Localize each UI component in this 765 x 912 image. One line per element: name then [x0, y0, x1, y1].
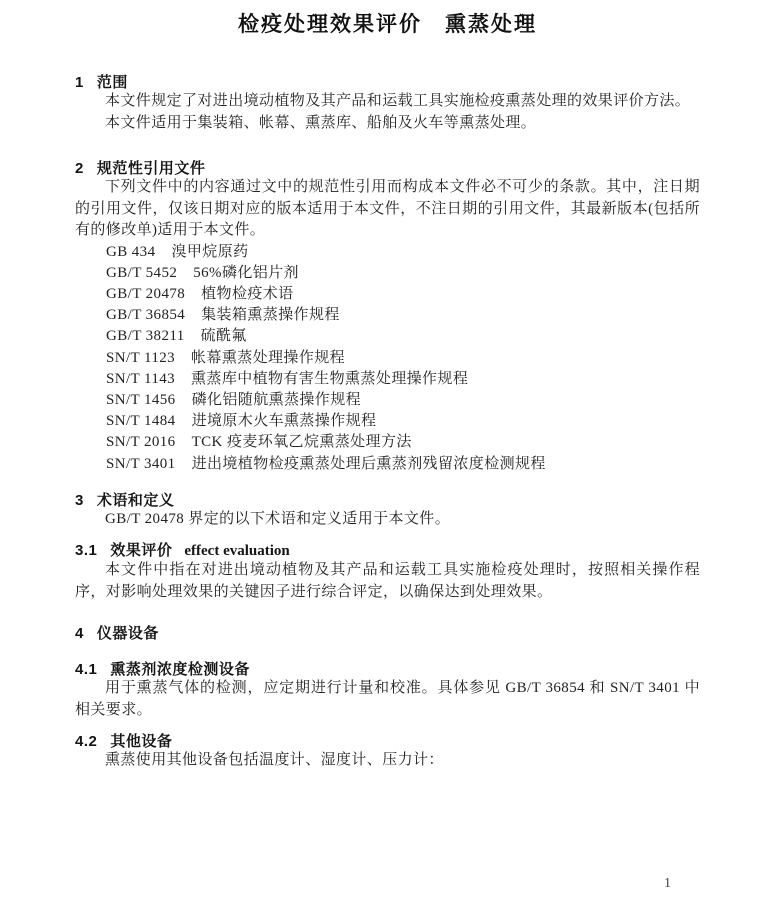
- reference-code: GB/T 36854: [106, 305, 185, 326]
- section-2-title: 规范性引用文件: [97, 160, 206, 177]
- reference-item: SN/T 1123帐幕熏蒸处理操作规程: [75, 348, 700, 369]
- document-title: 检疫处理效果评价 熏蒸处理: [75, 12, 700, 38]
- reference-code: SN/T 1484: [106, 411, 176, 432]
- section-4-number: 4: [75, 625, 84, 642]
- reference-name: 溴甲烷原药: [172, 244, 249, 260]
- section-4-1-paragraph: 用于熏蒸气体的检测，应定期进行计量和校准。具体参见 GB/T 36854 和 S…: [75, 678, 700, 721]
- section-4-2-title: 其他设备: [110, 733, 172, 750]
- reference-item: GB/T 545256%磷化铝片剂: [75, 263, 700, 284]
- reference-code: SN/T 1143: [106, 369, 175, 390]
- reference-code: SN/T 3401: [106, 454, 176, 475]
- reference-item: GB 434溴甲烷原药: [75, 242, 700, 263]
- section-3-heading: 3术语和定义: [75, 492, 700, 509]
- reference-code: GB/T 38211: [106, 326, 185, 347]
- reference-item: SN/T 1484进境原木火车熏蒸操作规程: [75, 411, 700, 432]
- section-1-title: 范围: [97, 74, 128, 91]
- section-1-paragraph-1: 本文件规定了对进出境动植物及其产品和运载工具实施检疫熏蒸处理的效果评价方法。: [75, 91, 700, 113]
- page-number: 1: [664, 876, 671, 892]
- reference-item: SN/T 1143熏蒸库中植物有害生物熏蒸处理操作规程: [75, 369, 700, 390]
- reference-code: SN/T 1123: [106, 348, 175, 369]
- term-3-1-zh: 效果评价: [110, 542, 172, 559]
- section-2-heading: 2规范性引用文件: [75, 160, 700, 177]
- term-3-1-number: 3.1: [75, 542, 97, 559]
- reference-code: GB/T 5452: [106, 263, 177, 284]
- section-4-heading: 4仪器设备: [75, 625, 700, 642]
- reference-code: GB 434: [106, 242, 156, 263]
- section-4-2-number: 4.2: [75, 733, 97, 750]
- reference-name: 帐幕熏蒸处理操作规程: [191, 350, 345, 366]
- section-3-title: 术语和定义: [97, 492, 175, 509]
- reference-name: 56%磷化铝片剂: [193, 265, 299, 281]
- section-2-intro: 下列文件中的内容通过文中的规范性引用而构成本文件必不可少的条款。其中，注日期的引…: [75, 177, 700, 242]
- reference-item: GB/T 20478植物检疫术语: [75, 284, 700, 305]
- section-3-number: 3: [75, 492, 84, 509]
- section-2-number: 2: [75, 160, 84, 177]
- reference-name: 植物检疫术语: [201, 286, 293, 302]
- normative-references-list: GB 434溴甲烷原药 GB/T 545256%磷化铝片剂 GB/T 20478…: [75, 242, 700, 475]
- reference-item: GB/T 36854集装箱熏蒸操作规程: [75, 305, 700, 326]
- term-3-1-definition: 本文件中指在对进出境动植物及其产品和运载工具实施检疫处理时，按照相关操作程序，对…: [75, 560, 700, 603]
- reference-name: 硫酰氟: [201, 328, 247, 344]
- section-4-2-paragraph: 熏蒸使用其他设备包括温度计、湿度计、压力计：: [75, 750, 700, 772]
- section-4-1-number: 4.1: [75, 661, 97, 678]
- section-3-intro: GB/T 20478 界定的以下术语和定义适用于本文件。: [75, 509, 700, 531]
- reference-item: GB/T 38211硫酰氟: [75, 326, 700, 347]
- reference-item: SN/T 2016TCK 疫麦环氧乙烷熏蒸处理方法: [75, 432, 700, 453]
- section-4-1-heading: 4.1熏蒸剂浓度检测设备: [75, 661, 700, 678]
- section-1-number: 1: [75, 74, 84, 91]
- reference-item: SN/T 1456磷化铝随航熏蒸操作规程: [75, 390, 700, 411]
- section-4-title: 仪器设备: [97, 625, 159, 642]
- section-1-paragraph-2: 本文件适用于集装箱、帐幕、熏蒸库、船舶及火车等熏蒸处理。: [75, 113, 700, 135]
- reference-code: SN/T 2016: [106, 432, 176, 453]
- reference-item: SN/T 3401进出境植物检疫熏蒸处理后熏蒸剂残留浓度检测规程: [75, 454, 700, 475]
- reference-name: 熏蒸库中植物有害生物熏蒸处理操作规程: [191, 371, 468, 387]
- reference-code: SN/T 1456: [106, 390, 176, 411]
- term-3-1-en: effect evaluation: [184, 543, 289, 559]
- reference-name: 集装箱熏蒸操作规程: [201, 307, 340, 323]
- reference-name: 进境原木火车熏蒸操作规程: [192, 413, 377, 429]
- reference-name: 磷化铝随航熏蒸操作规程: [192, 392, 361, 408]
- reference-code: GB/T 20478: [106, 284, 185, 305]
- term-3-1-heading: 3.1效果评价effect evaluation: [75, 542, 700, 560]
- section-4-1-title: 熏蒸剂浓度检测设备: [110, 661, 250, 678]
- reference-name: TCK 疫麦环氧乙烷熏蒸处理方法: [192, 434, 412, 450]
- document-page: 检疫处理效果评价 熏蒸处理 1范围 本文件规定了对进出境动植物及其产品和运载工具…: [0, 0, 765, 912]
- section-4-2-heading: 4.2其他设备: [75, 733, 700, 750]
- section-1-heading: 1范围: [75, 74, 700, 91]
- reference-name: 进出境植物检疫熏蒸处理后熏蒸剂残留浓度检测规程: [192, 456, 546, 472]
